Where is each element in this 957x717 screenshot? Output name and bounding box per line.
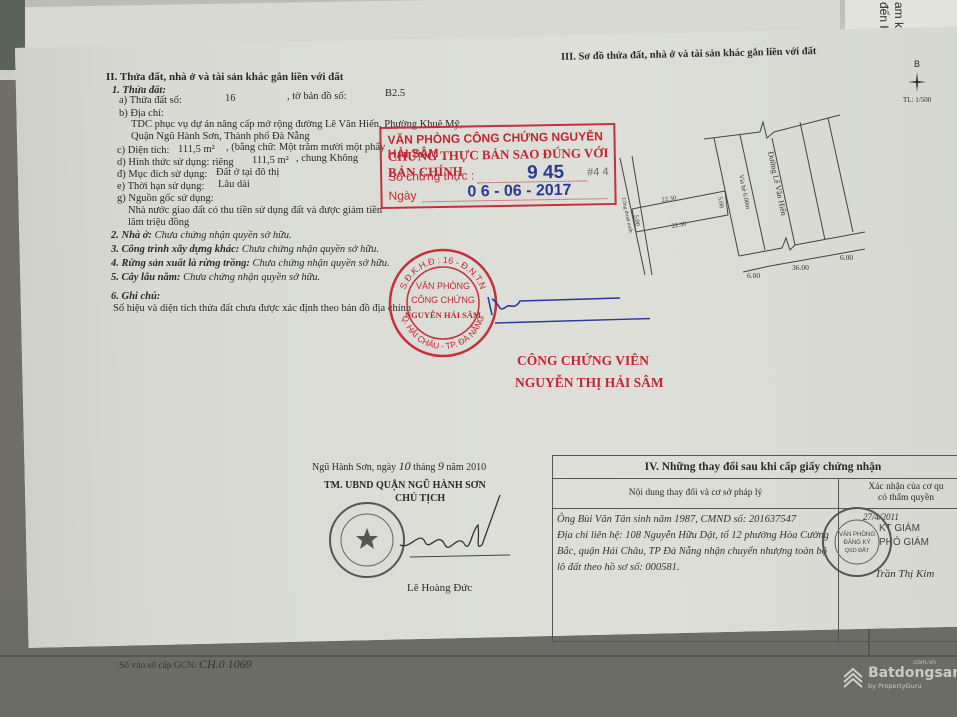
street-name: Đường Lê Văn Hiến <box>766 151 788 217</box>
change-entry-line-2: Địa chỉ liên hệ: 108 Nguyễn Hữu Dật, tổ … <box>557 530 829 541</box>
area-value: 111,5 m² <box>178 143 215 156</box>
notes-value: Số hiệu và diện tích thửa đất chưa được … <box>113 302 411 315</box>
place-date: Ngũ Hành Sơn, ngày 10 tháng 9 năm 2010 <box>312 460 486 474</box>
origin-line-2: lăm triệu đồng <box>128 216 189 229</box>
registry-value: CH.0 1069 <box>199 657 252 671</box>
compass-label: B <box>914 58 920 71</box>
plot-label: a) Thửa đất số: <box>119 94 182 107</box>
plot-width-right: 5.00 <box>716 196 725 208</box>
watermark-tagline: by PropertyGuru <box>868 682 922 690</box>
section-4-table: IV. Những thay đổi sau khi cấp giấy chứn… <box>552 455 957 642</box>
notary-name: NGUYỄN THỊ HẢI SÂM <box>515 375 664 391</box>
change-entry-line-3: Bắc, quận Hải Châu, TP Đà Nẵng nhận chuy… <box>557 546 827 557</box>
plot-width-left: 5.00 <box>632 214 641 226</box>
plot-length-bottom: 22.30 <box>671 221 687 230</box>
house-label: 2. Nhà ở: <box>111 230 152 241</box>
other-works-label: 3. Công trình xây dựng khác: <box>111 244 239 255</box>
change-entry-line-1: Ông Bùi Văn Tân sinh năm 1987, CMND số: … <box>557 514 796 525</box>
back-sheet-text-1: am k <box>892 2 905 28</box>
notary-signature <box>470 285 650 335</box>
forest-value: Chưa chứng nhận quyền sở hữu. <box>253 258 390 269</box>
change-entry-line-4: lô đất theo hồ sơ số: 000581. <box>557 562 680 573</box>
house-value: Chưa chứng nhận quyền sở hữu. <box>155 230 292 241</box>
tile-seam <box>0 655 957 657</box>
col-content-header: Nội dung thay đổi và cơ sở pháp lý <box>553 478 838 509</box>
stamp-date-label: Ngày <box>388 188 416 202</box>
sign-month: 9 <box>438 459 444 473</box>
usage-shared: , chung Không <box>296 152 358 165</box>
svg-text:QSD ĐẤT: QSD ĐẤT <box>845 547 870 554</box>
watermark-brand: Batdongsan <box>868 665 957 681</box>
section-2-title: II. Thửa đất, nhà ở và tài sản khác gắn … <box>106 71 343 84</box>
forest-label: 4. Rừng sản xuất là rừng trồng: <box>111 258 250 269</box>
batdongsan-logo-icon <box>842 667 864 689</box>
plot-diagram: 22.30 22.30 5.00 5.00 Cống thoát nước Vỉ… <box>600 110 900 290</box>
chairman-signature <box>390 490 520 570</box>
plot-length-top: 22.30 <box>661 195 677 204</box>
seal-line-2: CÔNG CHỨNG <box>411 295 475 305</box>
notary-title: CÔNG CHỨNG VIÊN <box>517 353 649 369</box>
other-works-value: Chưa chứng nhận quyền sở hữu. <box>242 244 379 255</box>
registration-office-seal: VĂN PHÒNG ĐĂNG KÝ QSD ĐẤT <box>821 506 893 578</box>
stamp-date-value: 0 6 - 06 - 2017 <box>467 182 571 202</box>
plot-value: 16 <box>225 92 236 105</box>
perennial-value: Chưa chứng nhận quyền sở hữu. <box>183 272 320 283</box>
map-value: B2.5 <box>385 87 405 100</box>
seal-line-1: VĂN PHÒNG <box>416 281 470 291</box>
col-confirm-header: Xác nhận của cơ qu có thẩm quyền <box>839 478 957 509</box>
svg-text:ĐĂNG KÝ: ĐĂNG KÝ <box>843 539 870 546</box>
map-scale: TL: 1/500 <box>903 94 931 107</box>
stamp-number-label: Số chứng thực : <box>388 168 474 184</box>
certified-copy-stamp: VĂN PHÒNG CÔNG CHỨNG NGUYỄN HẢI SÂM CHỨN… <box>379 123 616 209</box>
chairman-name: Lê Hoàng Đức <box>407 582 472 595</box>
dim-road: 36.00 <box>792 263 809 272</box>
registry-number: Số vào sổ cấp GCN: CH.0 1069 <box>119 658 252 673</box>
svg-text:VĂN PHÒNG: VĂN PHÒNG <box>839 531 875 538</box>
sidewalk-label: Vỉa hè 6.00m <box>737 174 751 210</box>
section-4-title: IV. Những thay đổi sau khi cấp giấy chứn… <box>553 456 957 479</box>
registry-label: Số vào sổ cấp GCN: <box>119 661 197 671</box>
sign-day: 10 <box>399 459 411 473</box>
term-value: Lâu dài <box>218 178 250 191</box>
perennial-label: 5. Cây lâu năm: <box>111 272 180 283</box>
dim-sidewalk-right: 6.00 <box>840 253 853 262</box>
dim-sidewalk-left: 6.00 <box>747 271 760 280</box>
map-label: , tờ bản đồ số: <box>287 90 347 103</box>
